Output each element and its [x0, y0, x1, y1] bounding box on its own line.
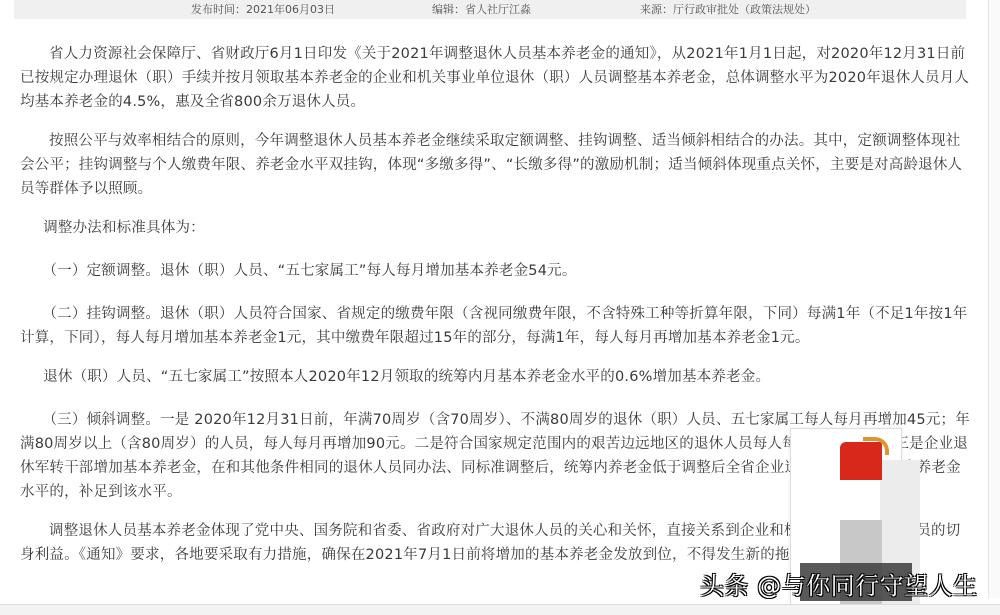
paragraph-intro: 省人力资源社会保障厅、省财政厅6月1日印发《关于2021年调整退休人员基本养老金…	[20, 42, 970, 114]
bottom-status-strip	[0, 604, 1000, 615]
paragraph-method-heading: 调整办法和标准具体为：	[20, 216, 970, 240]
vertical-scrollbar[interactable]	[988, 0, 1000, 598]
article-meta-bar: 发布时间：2021年06月03日 编辑：省人社厅江淼 来源：厅行政审批处（政策法…	[14, 0, 966, 19]
source: 来源：厅行政审批处（政策法规处）	[640, 1, 816, 17]
paragraph-linked-adjustment: （二）挂钩调整。退休（职）人员符合国家、省规定的缴费年限（含视同缴费年限，不含特…	[20, 302, 970, 350]
paragraph-principle: 按照公平与效率相结合的原则，今年调整退休人员基本养老金继续采取定额调整、挂钩调整…	[20, 129, 970, 201]
watermark-text: 头条 @与你同行守望人生	[700, 566, 978, 601]
watermark: 头条 @与你同行守望人生	[700, 563, 990, 603]
paragraph-percentage-adjustment: 退休（职）人员、“五七家属工”按照本人2020年12月领取的统筹内月基本养老金水…	[20, 365, 970, 389]
editor: 编辑：省人社厅江淼	[432, 1, 531, 17]
publish-time: 发布时间：2021年06月03日	[191, 1, 335, 17]
paragraph-fixed-adjustment: （一）定额调整。退休（职）人员、“五七家属工”每人每月增加基本养老金54元。	[20, 259, 970, 283]
